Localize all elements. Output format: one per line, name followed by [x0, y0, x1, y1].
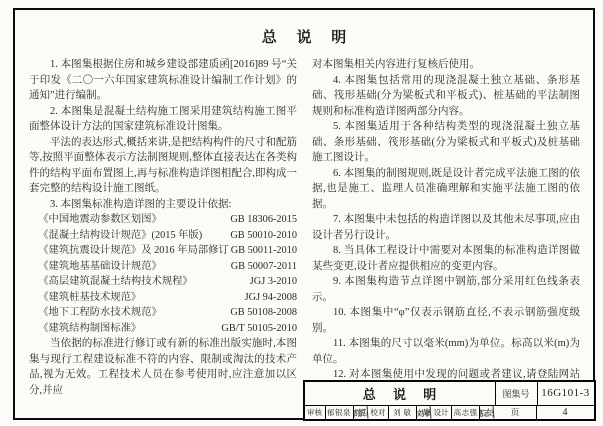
standard-name: 《混凝土结构设计规范》(2015 年版)	[38, 228, 202, 244]
standard-code: JGJ 3-2010	[250, 274, 297, 290]
paragraph: 1. 本图集根据住房和城乡建设部建质函[2016]89 号“关于印发《二〇一六年…	[29, 57, 297, 104]
approval-signature: 高志强	[480, 405, 495, 419]
title-block: 总 说 明 图集号 16G101-3 审核郁银泉郁银泉校对刘 敏刘敏设计高志强高…	[303, 380, 596, 421]
standard-reference: 《建筑结构制图标准》GB/T 50105-2010	[29, 321, 297, 337]
paragraph: 7. 本图集中未包括的构造详图以及其他未尽事项,应由设计者另行设计。	[312, 212, 580, 243]
paragraph: 5. 本图集适用于各种结构类型的现浇混凝土独立基础、条形基础、筏形基础(分为梁板…	[312, 119, 580, 166]
approval-name: 郁银泉	[326, 406, 354, 419]
paragraph: 当依据的标准进行修订或有新的标准出版实施时,本图集与现行工程建设标准不符的内容、…	[29, 336, 297, 398]
paragraph: 2. 本图集是混凝土结构施工图采用建筑结构施工图平面整体设计方法的国家建筑标准设…	[29, 104, 297, 135]
standard-reference: 《高层建筑混凝土结构技术规程》JGJ 3-2010	[29, 274, 297, 290]
standard-name: 《建筑桩基技术规范》	[38, 290, 141, 306]
paragraph: 9. 本图集构造节点详图中钢筋,部分采用红色线条表示。	[312, 274, 580, 305]
approval-role-label: 设计	[431, 406, 452, 419]
standard-code: GB 50007-2011	[231, 259, 297, 275]
standard-code: GB 50010-2010	[230, 228, 297, 244]
standard-code: GB 50011-2010	[231, 243, 297, 259]
paragraph: 4. 本图集包括常用的现浇混凝土独立基础、条形基础、筏形基础(分为梁板式和平板式…	[312, 73, 580, 120]
standard-reference: 《混凝土结构设计规范》(2015 年版)GB 50010-2010	[29, 228, 297, 244]
title-block-row-top: 总 说 明 图集号 16G101-3	[305, 382, 594, 405]
page-border: 总 说 明 1. 本图集根据住房和城乡建设部建质函[2016]89 号“关于印发…	[13, 8, 595, 420]
standard-reference: 《建筑抗震设计规范》及 2016 年局部修订GB 50011-2010	[29, 243, 297, 259]
standard-code: GB 18306-2015	[230, 212, 297, 228]
standard-reference: 《中国地震动参数区划图》GB 18306-2015	[29, 212, 297, 228]
approval-role-label: 审核	[305, 406, 326, 419]
standard-name: 《中国地震动参数区划图》	[38, 212, 162, 228]
standard-name: 《建筑抗震设计规范》及 2016 年局部修订	[38, 243, 229, 259]
standard-name: 《高层建筑混凝土结构技术规程》	[38, 274, 192, 290]
page-number-value: 4	[537, 406, 594, 419]
title-block-title: 总 说 明	[305, 382, 495, 405]
standard-name: 《地下工程防水技术规范》	[38, 305, 162, 321]
approval-signature: 郁银泉	[353, 405, 368, 419]
paragraph: 6. 本图集的制图规则,既是设计者完成平法施工图的依据,也是施工、监理人员准确理…	[312, 166, 580, 213]
standard-code: JGJ 94-2008	[245, 290, 297, 306]
standard-reference: 《建筑桩基技术规范》JGJ 94-2008	[29, 290, 297, 306]
paragraph: 平法的表达形式,概括来讲,是把结构构件的尺寸和配筋等,按照平面整体表示方法制图规…	[29, 135, 297, 197]
title-block-row-bottom: 审核郁银泉郁银泉校对刘 敏刘敏设计高志强高志强 页 4	[305, 405, 594, 419]
page-number-label: 页	[495, 406, 537, 419]
paragraph: 3. 本图集标准构造详图的主要设计依据:	[29, 197, 297, 213]
approval-role-label: 校对	[368, 406, 389, 419]
text-columns: 1. 本图集根据住房和城乡建设部建质函[2016]89 号“关于印发《二〇一六年…	[29, 57, 585, 414]
paragraph: 对本图集相关内容进行复核后使用。	[312, 57, 580, 73]
paragraph: 10. 本图集中“φ”仅表示钢筋直径,不表示钢筋强度级别。	[312, 305, 580, 336]
approval-name: 高志强	[452, 406, 480, 419]
text-column-left: 1. 本图集根据住房和城乡建设部建质函[2016]89 号“关于印发《二〇一六年…	[29, 57, 297, 414]
standard-code: GB 50108-2008	[230, 305, 297, 321]
document-sheet: 总 说 明 1. 本图集根据住房和城乡建设部建质函[2016]89 号“关于印发…	[0, 0, 603, 426]
text-column-right: 对本图集相关内容进行复核后使用。4. 本图集包括常用的现浇混凝土独立基础、条形基…	[312, 57, 580, 414]
paragraph: 8. 当具体工程设计中需要对本图集的标准构造详图做某些变更,设计者应提供相应的变…	[312, 243, 580, 274]
approval-signature: 刘敏	[416, 405, 431, 419]
standard-code: GB/T 50105-2010	[221, 321, 297, 337]
standard-name: 《建筑结构制图标准》	[38, 321, 141, 337]
standard-reference: 《地下工程防水技术规范》GB 50108-2008	[29, 305, 297, 321]
standard-name: 《建筑地基基础设计规范》	[38, 259, 162, 275]
approval-name: 刘 敏	[389, 406, 417, 419]
atlas-number-value: 16G101-3	[537, 382, 594, 405]
standard-reference: 《建筑地基基础设计规范》GB 50007-2011	[29, 259, 297, 275]
approvals-row: 审核郁银泉郁银泉校对刘 敏刘敏设计高志强高志强	[305, 406, 495, 419]
atlas-number-label: 图集号	[495, 382, 537, 405]
paragraph: 11. 本图集的尺寸以毫米(mm)为单位。标高以米(m)为单位。	[312, 336, 580, 367]
page-title: 总 说 明	[15, 26, 593, 47]
